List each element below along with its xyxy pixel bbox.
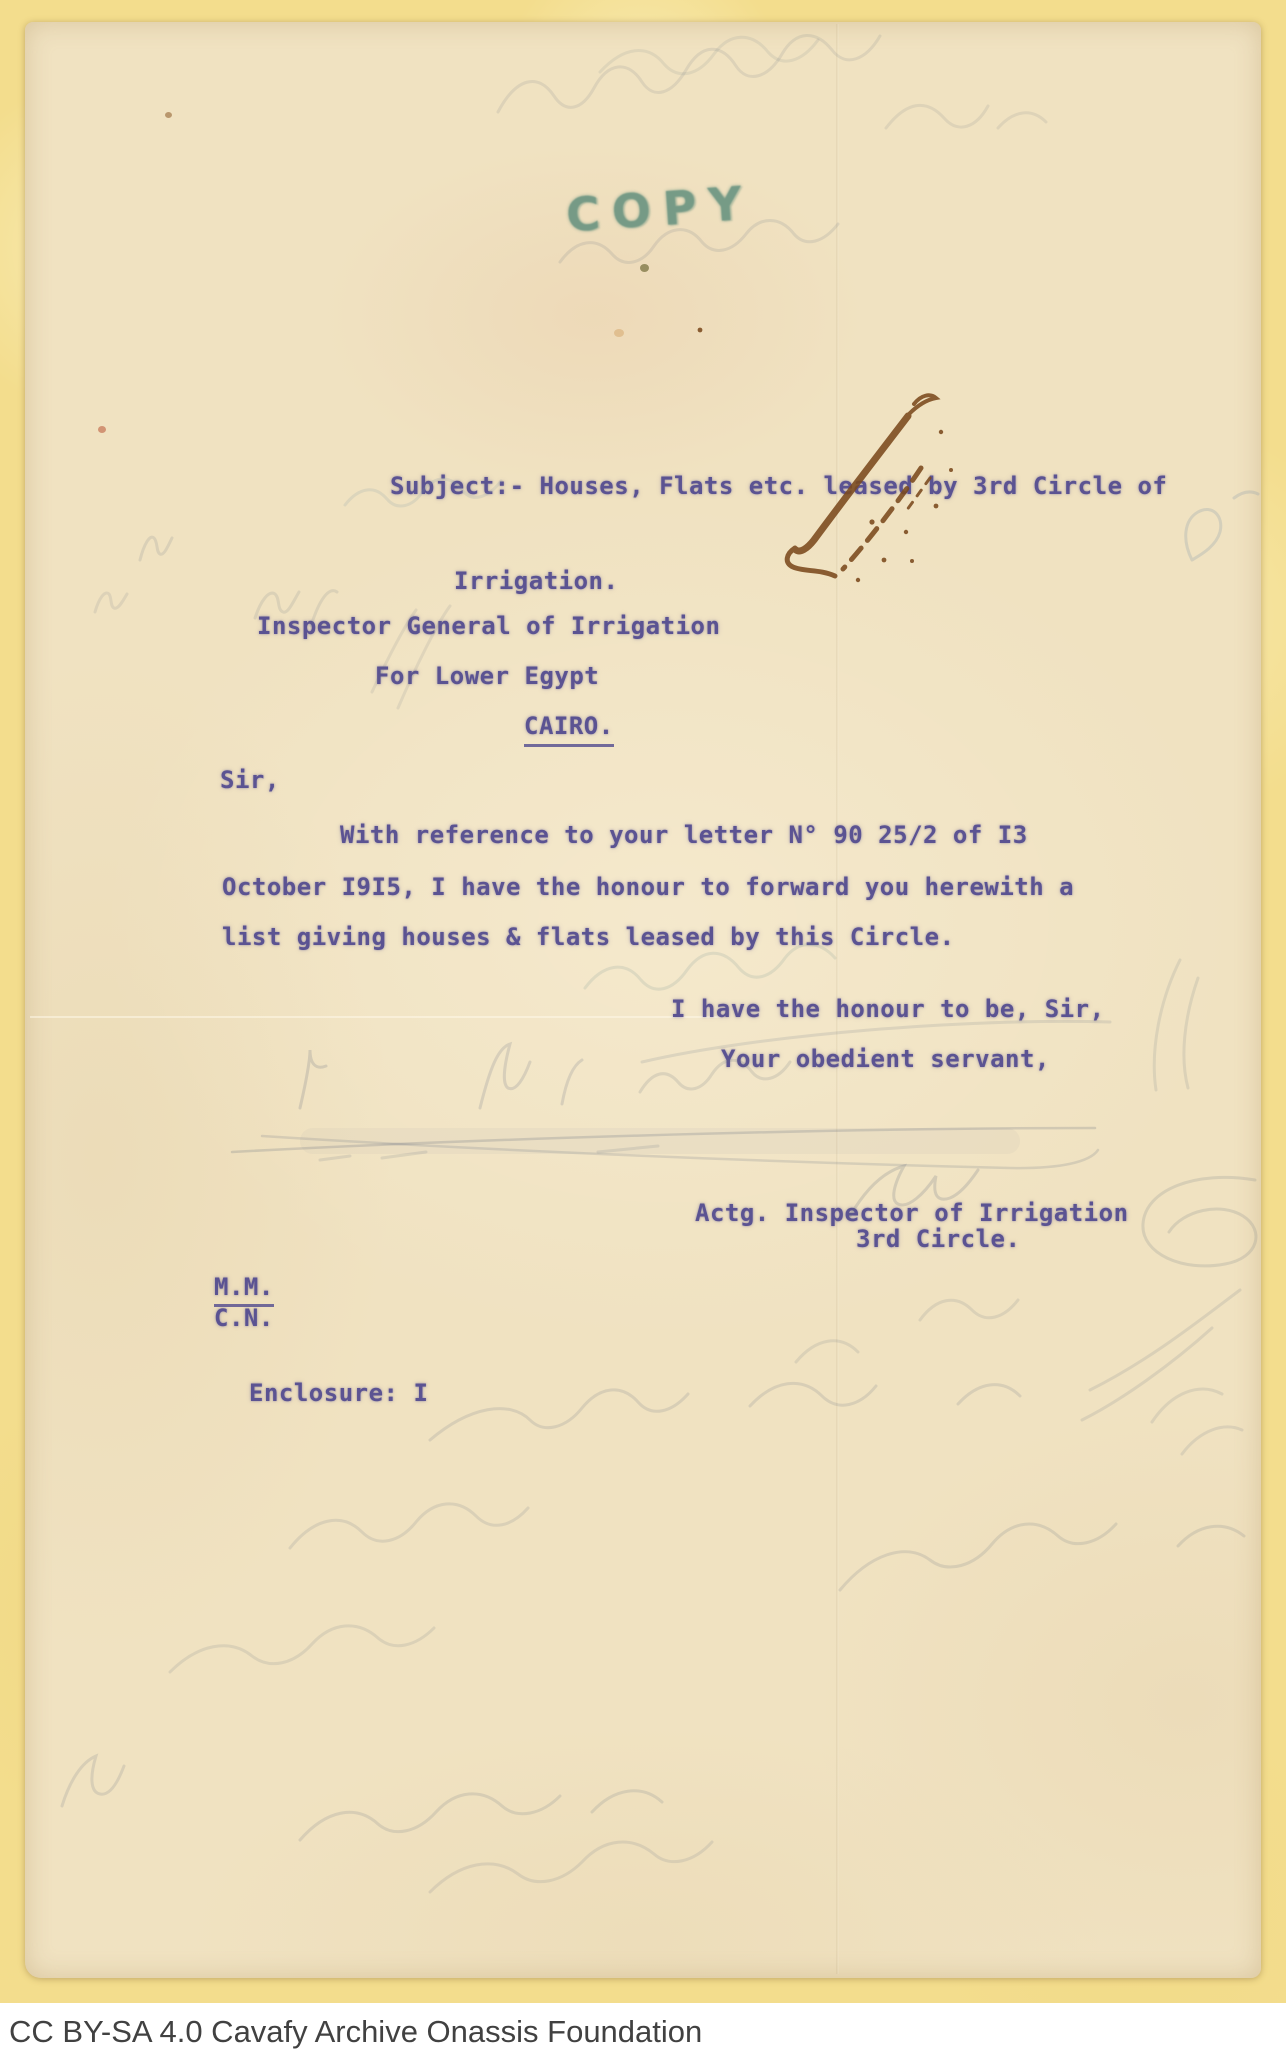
enclosure-note: Enclosure: I — [249, 1378, 428, 1410]
recipient-region: For Lower Egypt — [375, 661, 599, 693]
typist-initials-2: C.N. — [214, 1303, 274, 1335]
scanned-letter-photo: COPY Subject:- Houses, Flats etc. leased… — [0, 0, 1286, 2061]
body-line-2: October I9I5, I have the honour to forwa… — [222, 872, 1074, 904]
body-line-1: With reference to your letter N° 90 25/2… — [340, 820, 1028, 852]
recipient-title: Inspector General of Irrigation — [257, 611, 720, 643]
license-caption-bar: CC BY-SA 4.0 Cavafy Archive Onassis Foun… — [0, 2003, 1286, 2061]
subject-line-1: Subject:- Houses, Flats etc. leased by 3… — [390, 471, 1167, 503]
recipient-city: CAIRO. — [524, 711, 614, 747]
signature-title-2: 3rd Circle. — [856, 1224, 1020, 1256]
subject-line-2: Irrigation. — [454, 566, 1167, 598]
body-line-3: list giving houses & flats leased by thi… — [222, 922, 955, 954]
typist-initials-1: M.M. — [214, 1272, 274, 1307]
salutation: Sir, — [220, 765, 280, 797]
closing-line-2: Your obedient servant, — [721, 1044, 1050, 1076]
closing-line-1: I have the honour to be, Sir, — [671, 994, 1105, 1026]
license-caption-text: CC BY-SA 4.0 Cavafy Archive Onassis Foun… — [9, 2014, 702, 2050]
